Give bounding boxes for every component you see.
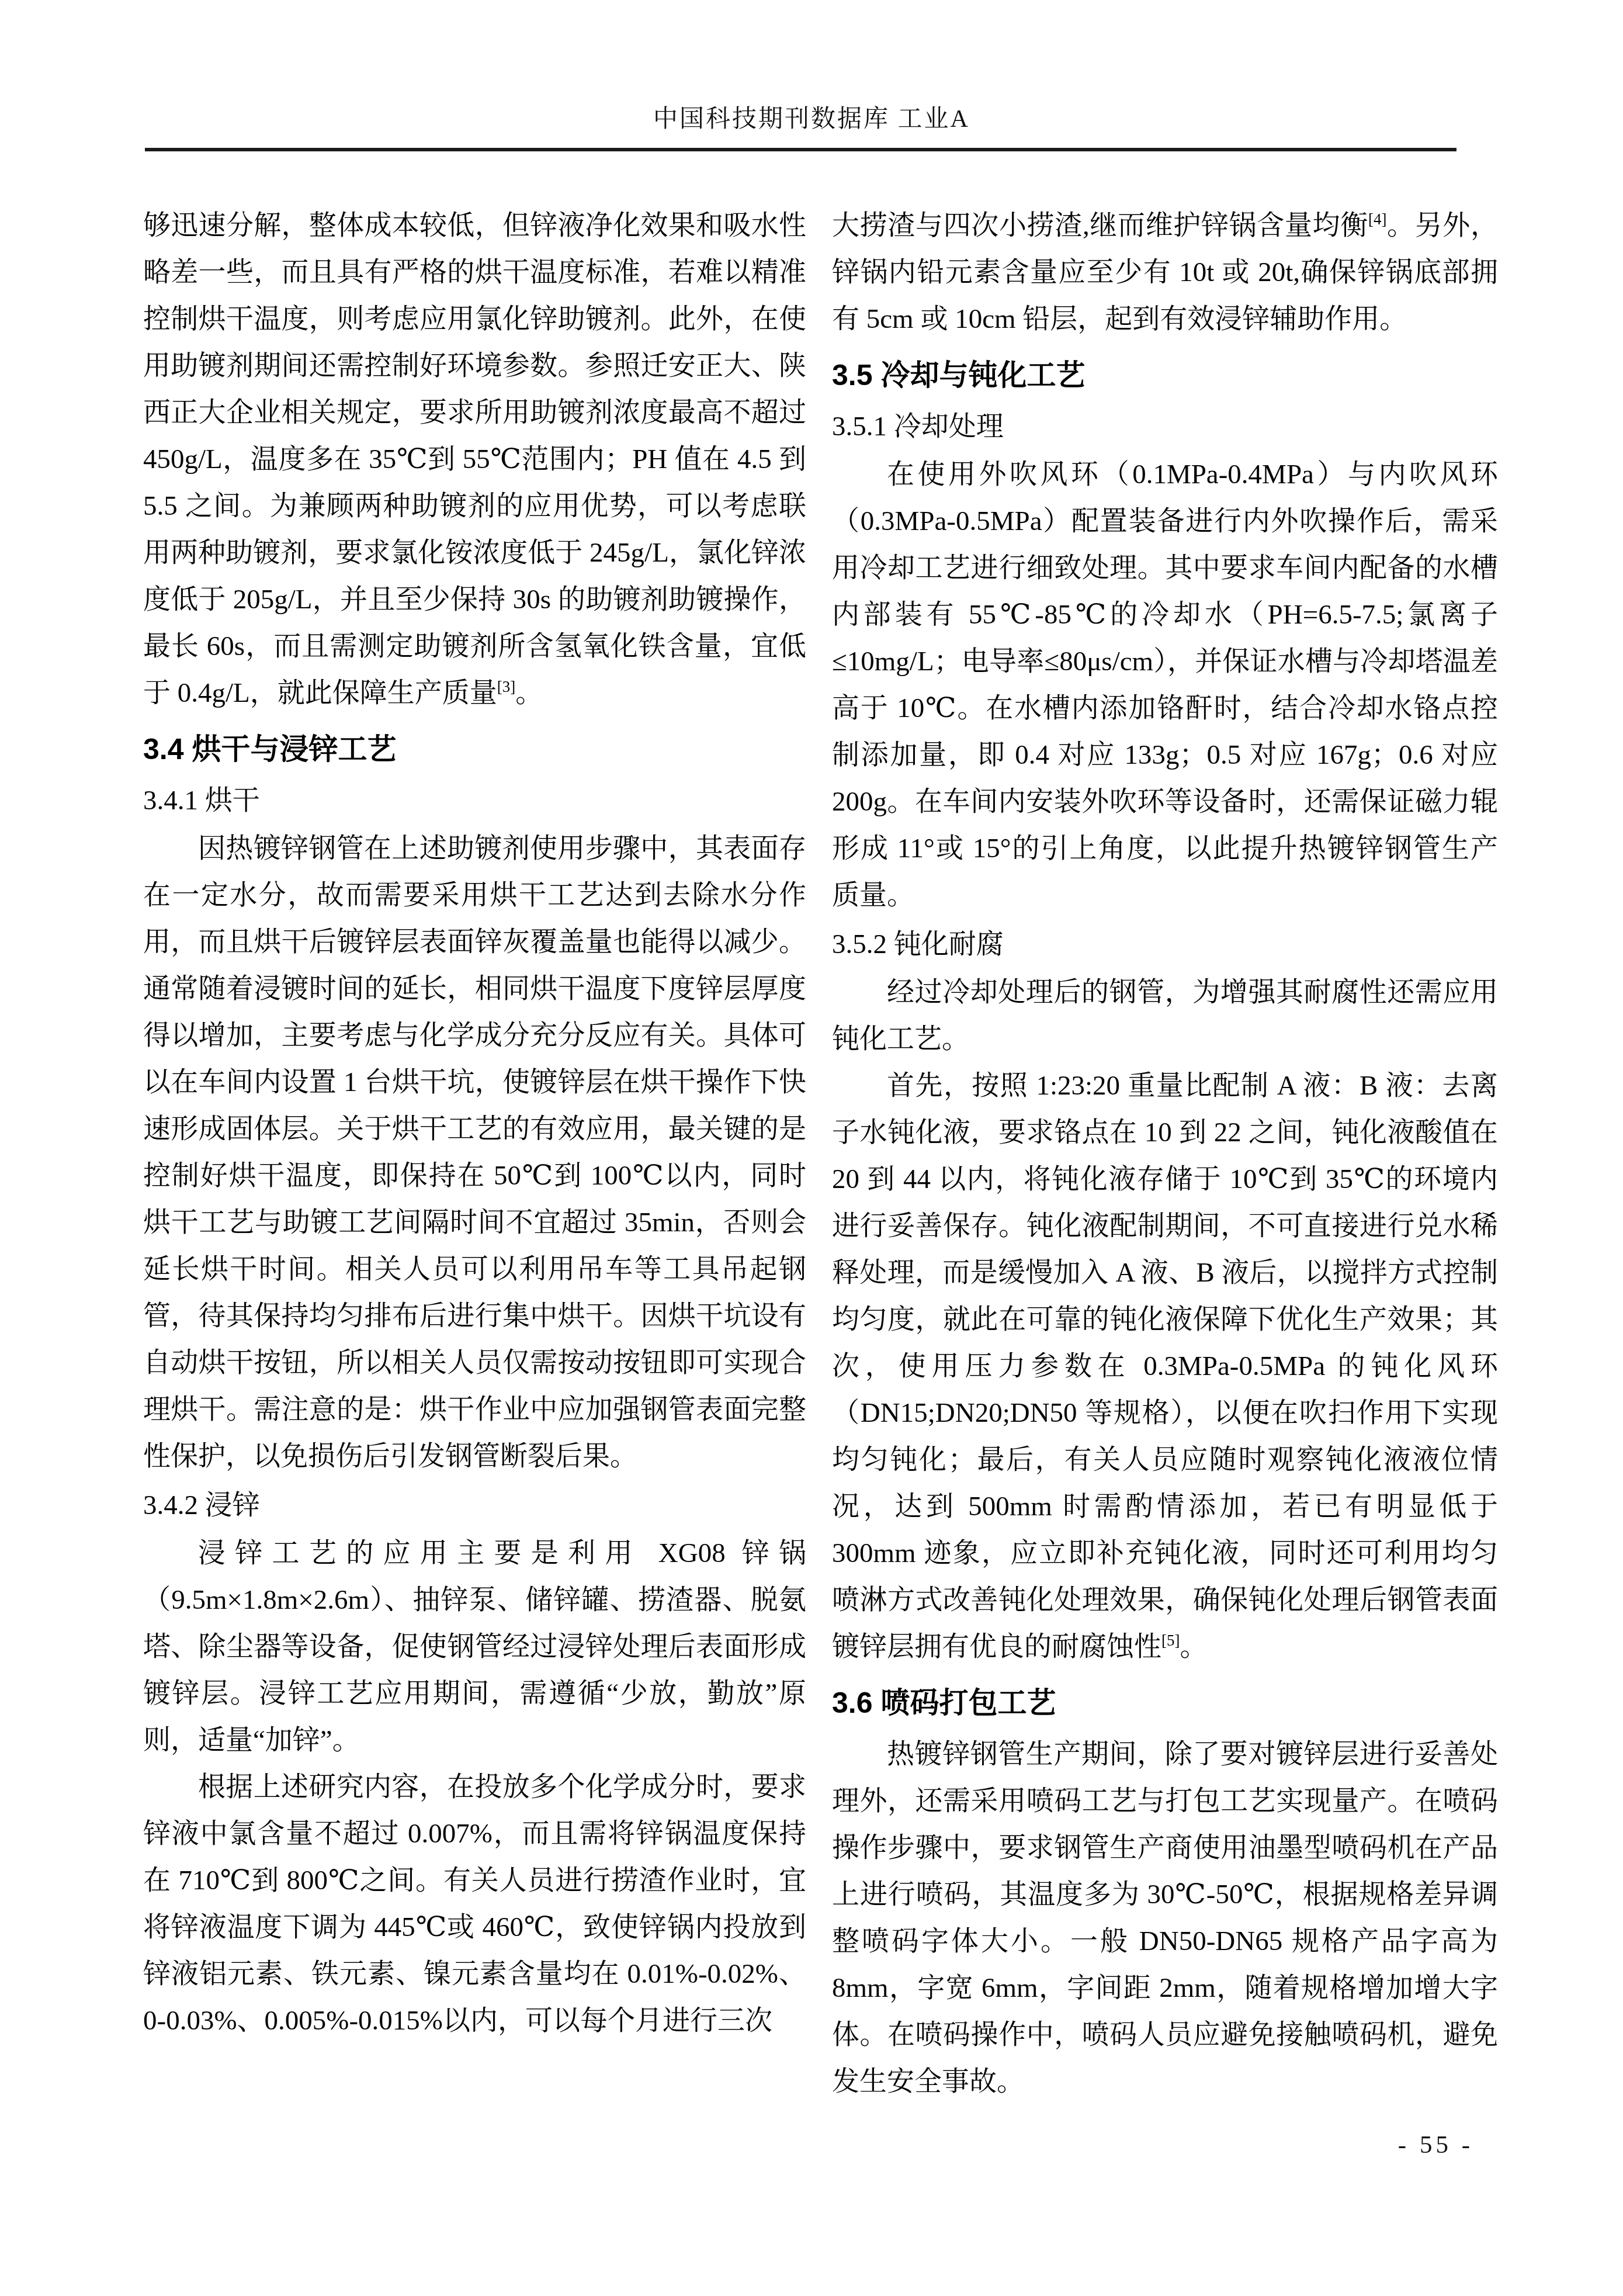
paragraph-zinc-dipping-equipment: 浸锌工艺的应用主要是利用 XG08 锌锅（9.5m×1.8m×2.6m）、抽锌泵… <box>143 1530 806 1764</box>
section-heading-3-6: 3.6 喷码打包工艺 <box>832 1679 1498 1726</box>
left-column: 够迅速分解，整体成本较低，但锌液净化效果和吸水性略差一些，而且具有严格的烘干温度… <box>143 202 806 2044</box>
right-column: 大捞渣与四次小捞渣,继而维护锌锅含量均衡[4]。另外，锌锅内铅元素含量应至少有 … <box>832 202 1498 2105</box>
page-number: - 55 - <box>832 2131 1498 2159</box>
paragraph-coding-packing: 热镀锌钢管生产期间，除了要对镀锌层进行妥善处理外，还需采用喷码工艺与打包工艺实现… <box>832 1731 1498 2105</box>
subsection-heading-3-5-1: 3.5.1 冷却处理 <box>832 403 1498 450</box>
paper-page: 中国科技期刊数据库 工业A 够迅速分解，整体成本较低，但锌液净化效果和吸水性略差… <box>0 0 1623 2296</box>
paragraph-flux-agent-continued: 够迅速分解，整体成本较低，但锌液净化效果和吸水性略差一些，而且具有严格的烘干温度… <box>143 202 806 716</box>
citation-ref-4: [4] <box>1368 210 1386 228</box>
paragraph-passivation-intro: 经过冷却处理后的钢管，为增强其耐腐性还需应用钝化工艺。 <box>832 969 1498 1062</box>
paragraph-text: 。 <box>515 678 543 708</box>
subsection-heading-3-5-2: 3.5.2 钝化耐腐 <box>832 921 1498 968</box>
paragraph-drying: 因热镀锌钢管在上述助镀剂使用步骤中，其表面存在一定水分，故而需要采用烘干工艺达到… <box>143 825 806 1480</box>
header-rule <box>145 148 1456 151</box>
paragraph-cooling-treatment: 在使用外吹风环（0.1MPa-0.4MPa）与内吹风环（0.3MPa-0.5MP… <box>832 451 1498 919</box>
paragraph-text: 够迅速分解，整体成本较低，但锌液净化效果和吸水性略差一些，而且具有严格的烘干温度… <box>143 210 806 708</box>
subsection-heading-3-4-1: 3.4.1 烘干 <box>143 777 806 824</box>
journal-header-title: 中国科技期刊数据库 工业A <box>0 103 1623 136</box>
paragraph-text: 。 <box>1180 1632 1207 1662</box>
section-heading-3-4: 3.4 烘干与浸锌工艺 <box>143 726 806 773</box>
paragraph-text: 大捞渣与四次小捞渣,继而维护锌锅含量均衡 <box>832 210 1368 241</box>
paragraph-passivation-process: 首先，按照 1:23:20 重量比配制 A 液：B 液：去离子水钝化液，要求铬点… <box>832 1062 1498 1670</box>
citation-ref-3: [3] <box>497 678 515 695</box>
paragraph-text: 首先，按照 1:23:20 重量比配制 A 液：B 液：去离子水钝化液，要求铬点… <box>832 1071 1498 1662</box>
paragraph-dross-removal-continued: 大捞渣与四次小捞渣,继而维护锌锅含量均衡[4]。另外，锌锅内铅元素含量应至少有 … <box>832 202 1498 342</box>
citation-ref-5: [5] <box>1161 1632 1180 1649</box>
section-heading-3-5: 3.5 冷却与钝化工艺 <box>832 352 1498 399</box>
subsection-heading-3-4-2: 3.4.2 浸锌 <box>143 1482 806 1529</box>
paragraph-zinc-dipping-chemistry: 根据上述研究内容，在投放多个化学成分时，要求锌液中氯含量不超过 0.007%，而… <box>143 1764 806 2044</box>
